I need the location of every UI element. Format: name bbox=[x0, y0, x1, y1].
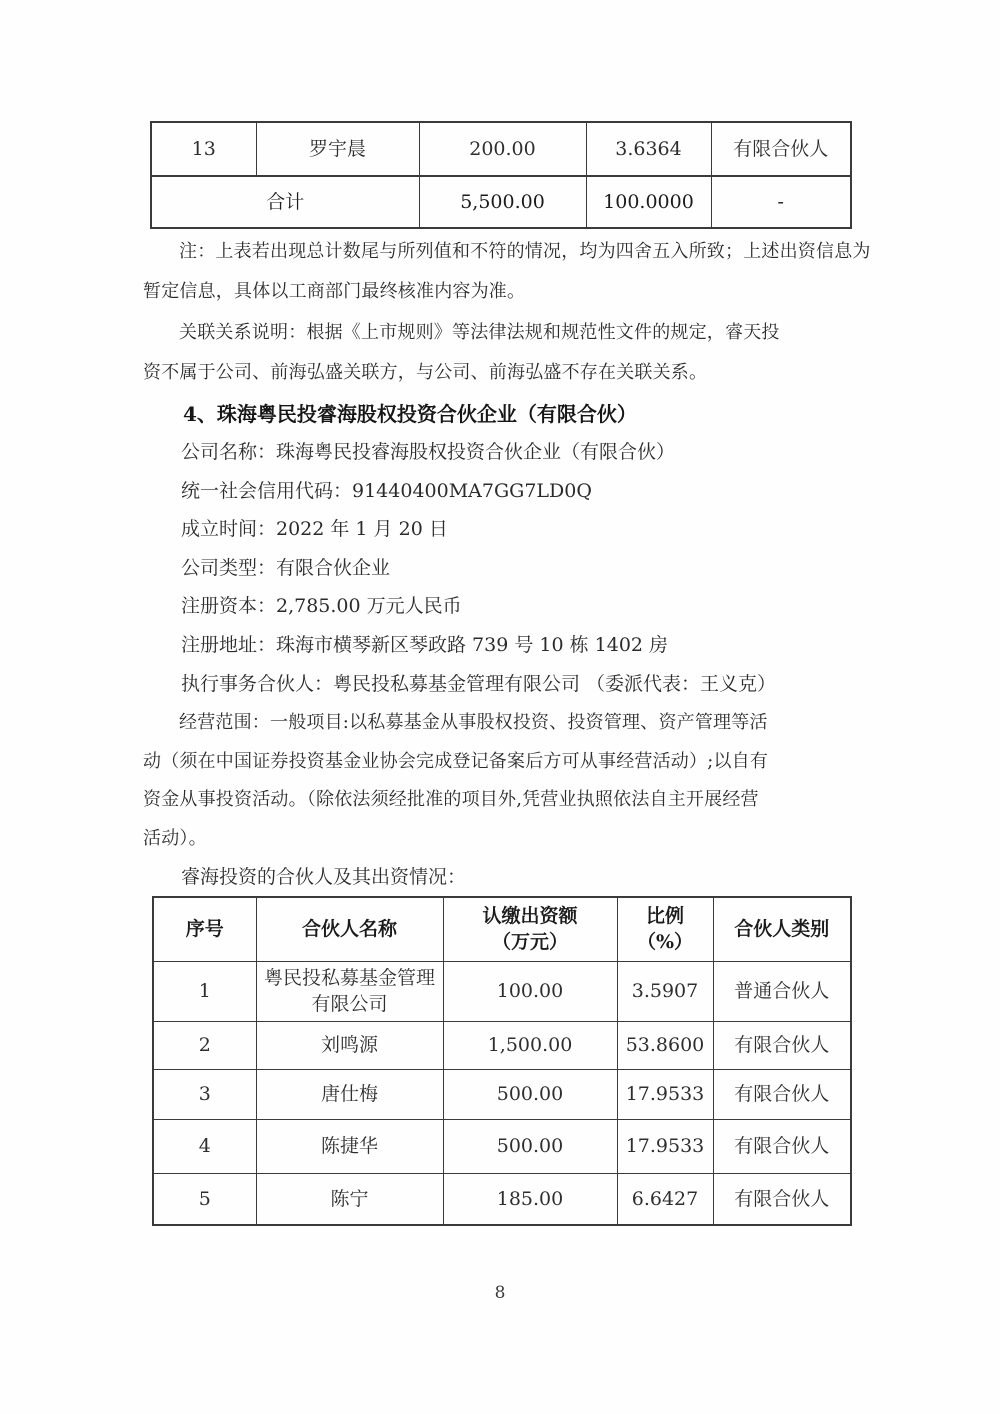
table-row: 3 唐仕梅 500.00 17.9533 有限合伙人 bbox=[153, 1069, 851, 1119]
partner-table: 序号 合伙人名称 认缴出资额 （万元） 比例（%） 合伙人类别 1 粤民投私募基… bbox=[152, 896, 852, 1226]
partner-table-header-row: 序号 合伙人名称 认缴出资额 （万元） 比例（%） 合伙人类别 bbox=[153, 897, 851, 961]
company-type-line: 公司类型：有限合伙企业 bbox=[143, 549, 885, 588]
cell-type: 有限合伙人 bbox=[713, 1021, 851, 1069]
cell-amount: 200.00 bbox=[419, 122, 586, 176]
table-row: 2 刘鸣源 1,500.00 53.8600 有限合伙人 bbox=[153, 1021, 851, 1069]
cell-name: 罗宇晨 bbox=[256, 122, 419, 176]
cell-type: 有限合伙人 bbox=[713, 1173, 851, 1225]
credit-code-line: 统一社会信用代码：91440400MA7GG7LD0Q bbox=[143, 472, 885, 511]
cell-amount: 500.00 bbox=[443, 1069, 617, 1119]
total-ratio: 100.0000 bbox=[586, 176, 711, 228]
cell-ratio: 17.9533 bbox=[617, 1119, 713, 1173]
total-label: 合计 bbox=[151, 176, 419, 228]
cell-no: 5 bbox=[153, 1173, 256, 1225]
cell-no: 1 bbox=[153, 961, 256, 1021]
table-total-row: 合计 5,500.00 100.0000 - bbox=[151, 176, 851, 228]
header-type: 合伙人类别 bbox=[713, 897, 851, 961]
registered-capital-line: 注册资本：2,785.00 万元人民币 bbox=[143, 587, 885, 626]
section-heading: 4、珠海粤民投睿海股权投资合伙企业（有限合伙） bbox=[143, 394, 885, 434]
registered-address-line: 注册地址：珠海市横琴新区琴政路 739 号 10 栋 1402 房 bbox=[143, 626, 885, 665]
cell-no: 4 bbox=[153, 1119, 256, 1173]
header-ratio: 比例（%） bbox=[617, 897, 713, 961]
table-row: 4 陈捷华 500.00 17.9533 有限合伙人 bbox=[153, 1119, 851, 1173]
cell-ratio: 3.6364 bbox=[586, 122, 711, 176]
founded-date-line: 成立时间：2022 年 1 月 20 日 bbox=[143, 510, 885, 549]
cell-amount: 1,500.00 bbox=[443, 1021, 617, 1069]
company-info-block: 公司名称：珠海粤民投睿海股权投资合伙企业（有限合伙） 统一社会信用代码：9144… bbox=[143, 433, 885, 703]
cell-type: 有限合伙人 bbox=[713, 1069, 851, 1119]
cell-type: 有限合伙人 bbox=[711, 122, 851, 176]
cell-ratio: 3.5907 bbox=[617, 961, 713, 1021]
page-number: 8 bbox=[0, 1283, 1000, 1303]
table-row: 13 罗宇晨 200.00 3.6364 有限合伙人 bbox=[151, 122, 851, 176]
header-amount: 认缴出资额 （万元） bbox=[443, 897, 617, 961]
cell-name: 陈宁 bbox=[256, 1173, 443, 1225]
cell-ratio: 17.9533 bbox=[617, 1069, 713, 1119]
cell-ratio: 6.6427 bbox=[617, 1173, 713, 1225]
company-name-line: 公司名称：珠海粤民投睿海股权投资合伙企业（有限合伙） bbox=[143, 433, 885, 472]
table-row: 1 粤民投私募基金管理有限公司 100.00 3.5907 普通合伙人 bbox=[153, 961, 851, 1021]
cell-ratio: 53.8600 bbox=[617, 1021, 713, 1069]
cell-name: 粤民投私募基金管理有限公司 bbox=[256, 961, 443, 1021]
relation-paragraph: 关联关系说明：根据《上市规则》等法律法规和规范性文件的规定，睿天投 资不属于公司… bbox=[143, 313, 885, 393]
header-no: 序号 bbox=[153, 897, 256, 961]
cell-amount: 100.00 bbox=[443, 961, 617, 1021]
cell-no: 13 bbox=[151, 122, 256, 176]
partner-table-intro: 睿海投资的合伙人及其出资情况： bbox=[143, 858, 885, 897]
total-type: - bbox=[711, 176, 851, 228]
note-paragraph: 注：上表若出现总计数尾与所列值和不符的情况，均为四舍五入所致；上述出资信息为 暂… bbox=[143, 232, 885, 312]
cell-type: 有限合伙人 bbox=[713, 1119, 851, 1173]
cell-name: 唐仕梅 bbox=[256, 1069, 443, 1119]
business-scope-paragraph: 经营范围：一般项目:以私募基金从事股权投资、投资管理、资产管理等活 动（须在中国… bbox=[143, 704, 885, 858]
cell-amount: 185.00 bbox=[443, 1173, 617, 1225]
cell-type: 普通合伙人 bbox=[713, 961, 851, 1021]
cell-name: 刘鸣源 bbox=[256, 1021, 443, 1069]
header-name: 合伙人名称 bbox=[256, 897, 443, 961]
cell-amount: 500.00 bbox=[443, 1119, 617, 1173]
cell-name: 陈捷华 bbox=[256, 1119, 443, 1173]
cell-no: 2 bbox=[153, 1021, 256, 1069]
total-amount: 5,500.00 bbox=[419, 176, 586, 228]
managing-partner-line: 执行事务合伙人：粤民投私募基金管理有限公司 （委派代表：王义克） bbox=[143, 665, 885, 704]
cell-no: 3 bbox=[153, 1069, 256, 1119]
prev-partner-table-continuation: 13 罗宇晨 200.00 3.6364 有限合伙人 合计 5,500.00 1… bbox=[150, 121, 852, 229]
table-row: 5 陈宁 185.00 6.6427 有限合伙人 bbox=[153, 1173, 851, 1225]
document-page: 13 罗宇晨 200.00 3.6364 有限合伙人 合计 5,500.00 1… bbox=[0, 0, 1000, 1414]
